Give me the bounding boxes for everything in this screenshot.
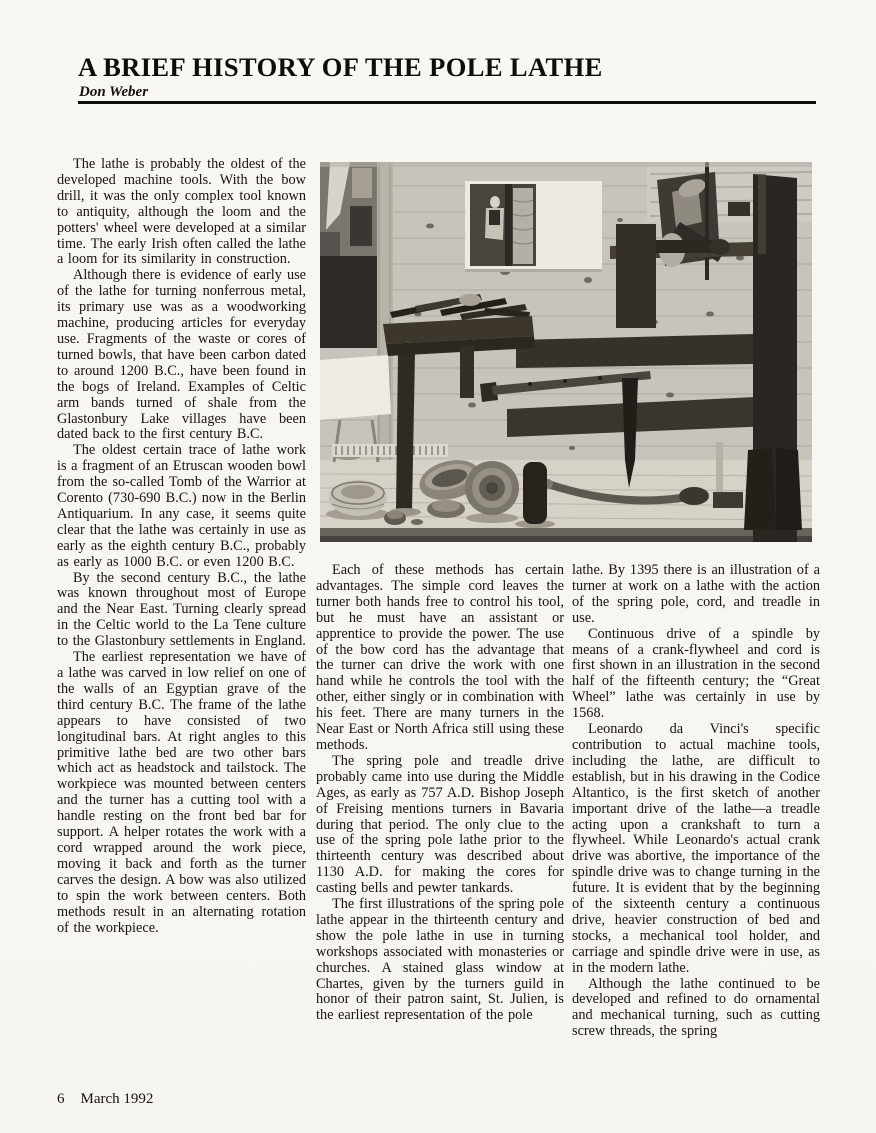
paragraph: The lathe is probably the oldest of the … [57, 157, 306, 268]
paragraph: The first illustrations of the spring po… [316, 897, 564, 1024]
paragraph: Leonardo da Vinci's specific contributio… [572, 722, 820, 977]
paragraph: By the second century B.C., the lathe wa… [57, 571, 306, 651]
header-rule [78, 101, 816, 104]
pole-lathe-photo [320, 162, 812, 542]
column-middle: Each of these methods has certain advant… [316, 563, 564, 1024]
paragraph: The spring pole and treadle drive probab… [316, 754, 564, 897]
paragraph: The earliest representation we have of a… [57, 650, 306, 936]
paragraph: The oldest certain trace of lathe work i… [57, 443, 306, 570]
article-title: A BRIEF HISTORY OF THE POLE LATHE [78, 52, 603, 83]
page-number: 6 [57, 1091, 65, 1107]
page-footer: 6March 1992 [57, 1091, 153, 1108]
column-left: The lathe is probably the oldest of the … [57, 157, 306, 936]
issue-date: March 1992 [81, 1091, 154, 1107]
paragraph: Although the lathe continued to be devel… [572, 977, 820, 1041]
paragraph: Continuous drive of a spindle by means o… [572, 627, 820, 722]
magazine-page: A BRIEF HISTORY OF THE POLE LATHE Don We… [0, 0, 876, 1133]
paragraph: Each of these methods has certain advant… [316, 563, 564, 754]
column-right: lathe. By 1395 there is an illustration … [572, 563, 820, 1040]
paragraph: lathe. By 1395 there is an illustration … [572, 563, 820, 627]
article-author: Don Weber [79, 84, 148, 101]
paragraph: Although there is evidence of early use … [57, 268, 306, 443]
